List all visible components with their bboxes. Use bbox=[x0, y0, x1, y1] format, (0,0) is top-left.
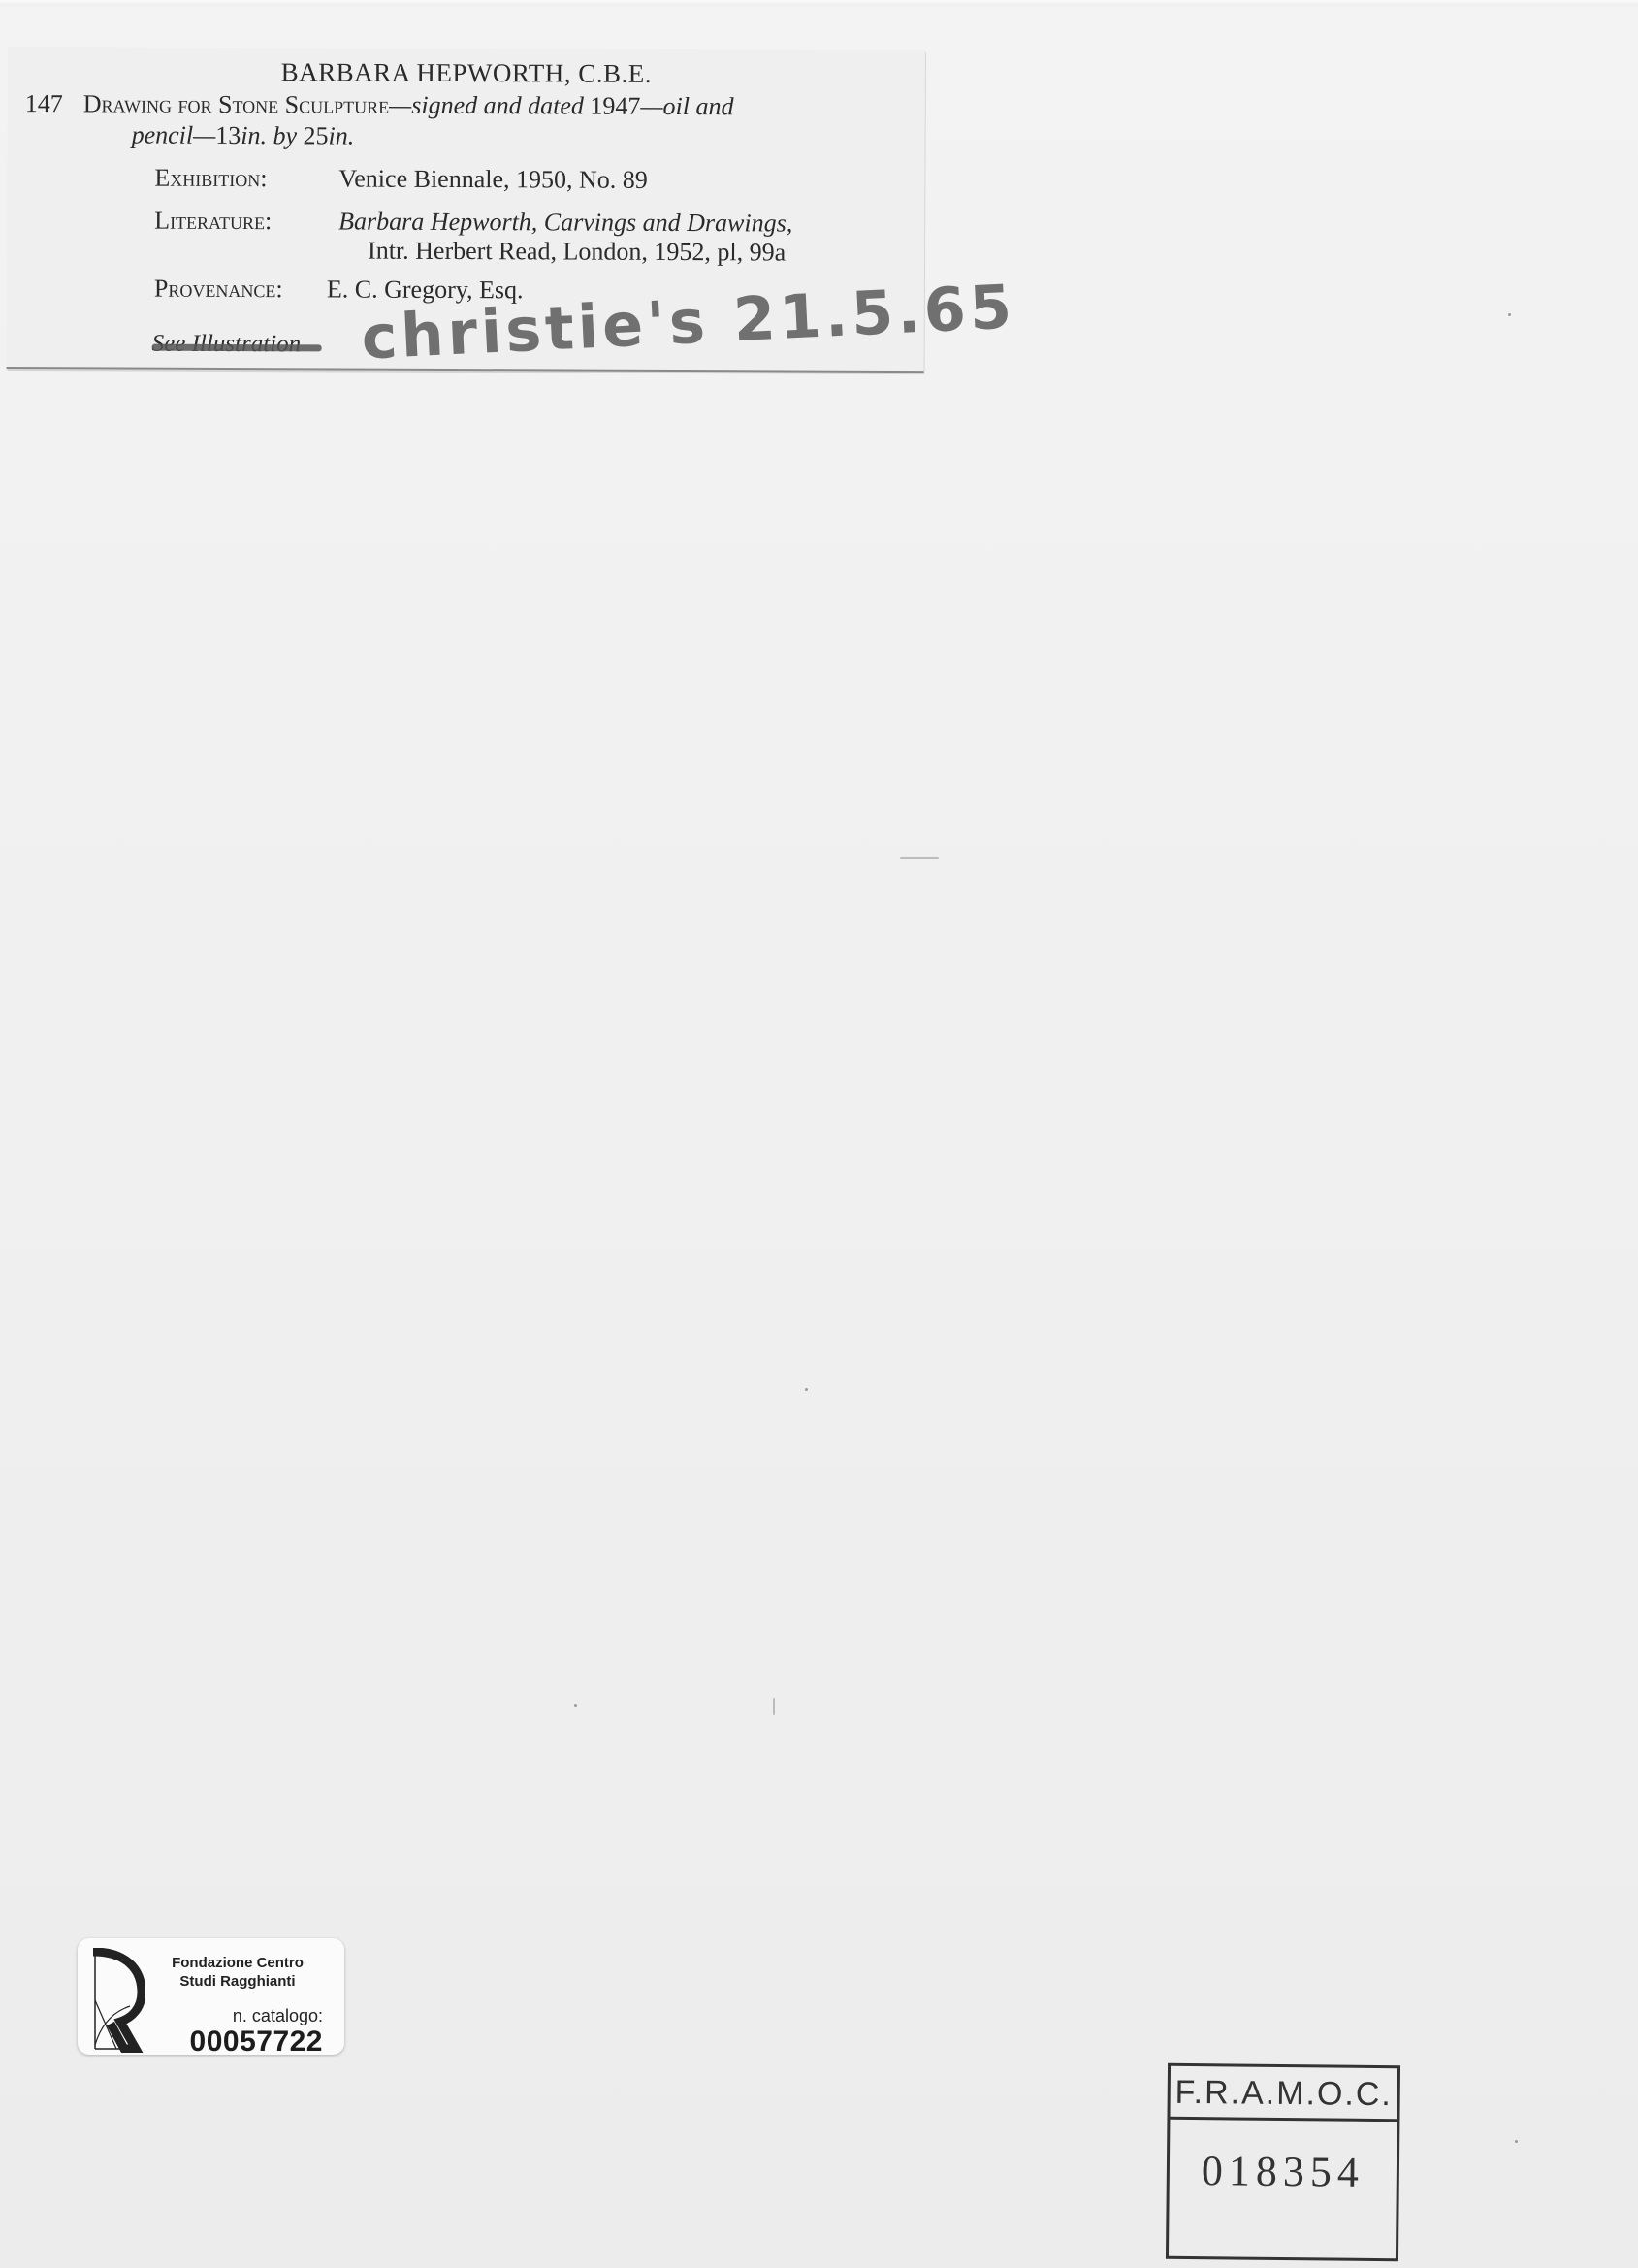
medium-text: pencil— bbox=[132, 121, 216, 149]
scan-speck bbox=[805, 1388, 808, 1391]
scan-speck bbox=[1508, 313, 1511, 316]
provenance-label: Provenance: bbox=[154, 275, 327, 305]
scan-mark bbox=[900, 857, 939, 859]
literature-label: Literature: bbox=[154, 207, 338, 237]
lot-description-line: 147Drawing for Stone Sculpture—signed an… bbox=[25, 89, 917, 122]
width-value: 25 bbox=[303, 121, 328, 149]
foundation-name-line2: Studi Ragghianti bbox=[150, 1972, 325, 1991]
literature-value: Barbara Hepworth, Carvings and Drawings, bbox=[338, 207, 792, 237]
lot-dimensions-line: pencil—13in. by 25in. bbox=[132, 121, 355, 151]
literature-value-continued: Intr. Herbert Read, London, 1952, pl, 99… bbox=[368, 237, 786, 268]
catalog-number: 00057722 bbox=[190, 2025, 323, 2058]
dimension-unit: in. by bbox=[241, 121, 303, 149]
document-sheet: BARBARA HEPWORTH, C.B.E. 147Drawing for … bbox=[0, 0, 1638, 2268]
stamp-number: 018354 bbox=[1170, 2146, 1397, 2197]
scan-speck bbox=[574, 1704, 577, 1707]
lot-desc-part: —signed and dated bbox=[389, 91, 590, 120]
foundation-name-line1: Fondazione Centro bbox=[150, 1954, 325, 1972]
literature-field: Literature:Barbara Hepworth, Carvings an… bbox=[154, 207, 792, 239]
lot-desc-part: —oil and bbox=[640, 92, 733, 120]
lot-year: 1947 bbox=[590, 92, 640, 120]
foundation-name: Fondazione Centro Studi Ragghianti bbox=[150, 1954, 325, 1991]
exhibition-field: Exhibition:Venice Biennale, 1950, No. 89 bbox=[154, 164, 648, 195]
ragghianti-catalog-label: Fondazione Centro Studi Ragghianti n. ca… bbox=[78, 1938, 344, 2055]
sheet-edge bbox=[0, 0, 1638, 6]
ragghianti-r-logo-icon bbox=[87, 1948, 145, 2053]
stamp-header: F.R.A.M.O.C. bbox=[1170, 2066, 1397, 2122]
scan-speck bbox=[1515, 2140, 1518, 2143]
catalog-label: n. catalogo: bbox=[233, 2006, 323, 2026]
exhibition-value: Venice Biennale, 1950, No. 89 bbox=[338, 164, 648, 193]
exhibition-label: Exhibition: bbox=[154, 164, 338, 194]
lot-title: Drawing for Stone Sculpture bbox=[83, 89, 390, 118]
lot-number: 147 bbox=[25, 89, 83, 118]
scan-mark bbox=[773, 1698, 775, 1715]
artist-heading: BARBARA HEPWORTH, C.B.E. bbox=[8, 56, 925, 90]
height-value: 13 bbox=[215, 121, 241, 149]
dimension-unit: in. bbox=[328, 121, 354, 149]
auction-catalogue-clipping: BARBARA HEPWORTH, C.B.E. 147Drawing for … bbox=[7, 47, 925, 373]
framoc-stamp: F.R.A.M.O.C. 018354 bbox=[1166, 2063, 1400, 2262]
strikethrough-mark bbox=[152, 344, 322, 352]
